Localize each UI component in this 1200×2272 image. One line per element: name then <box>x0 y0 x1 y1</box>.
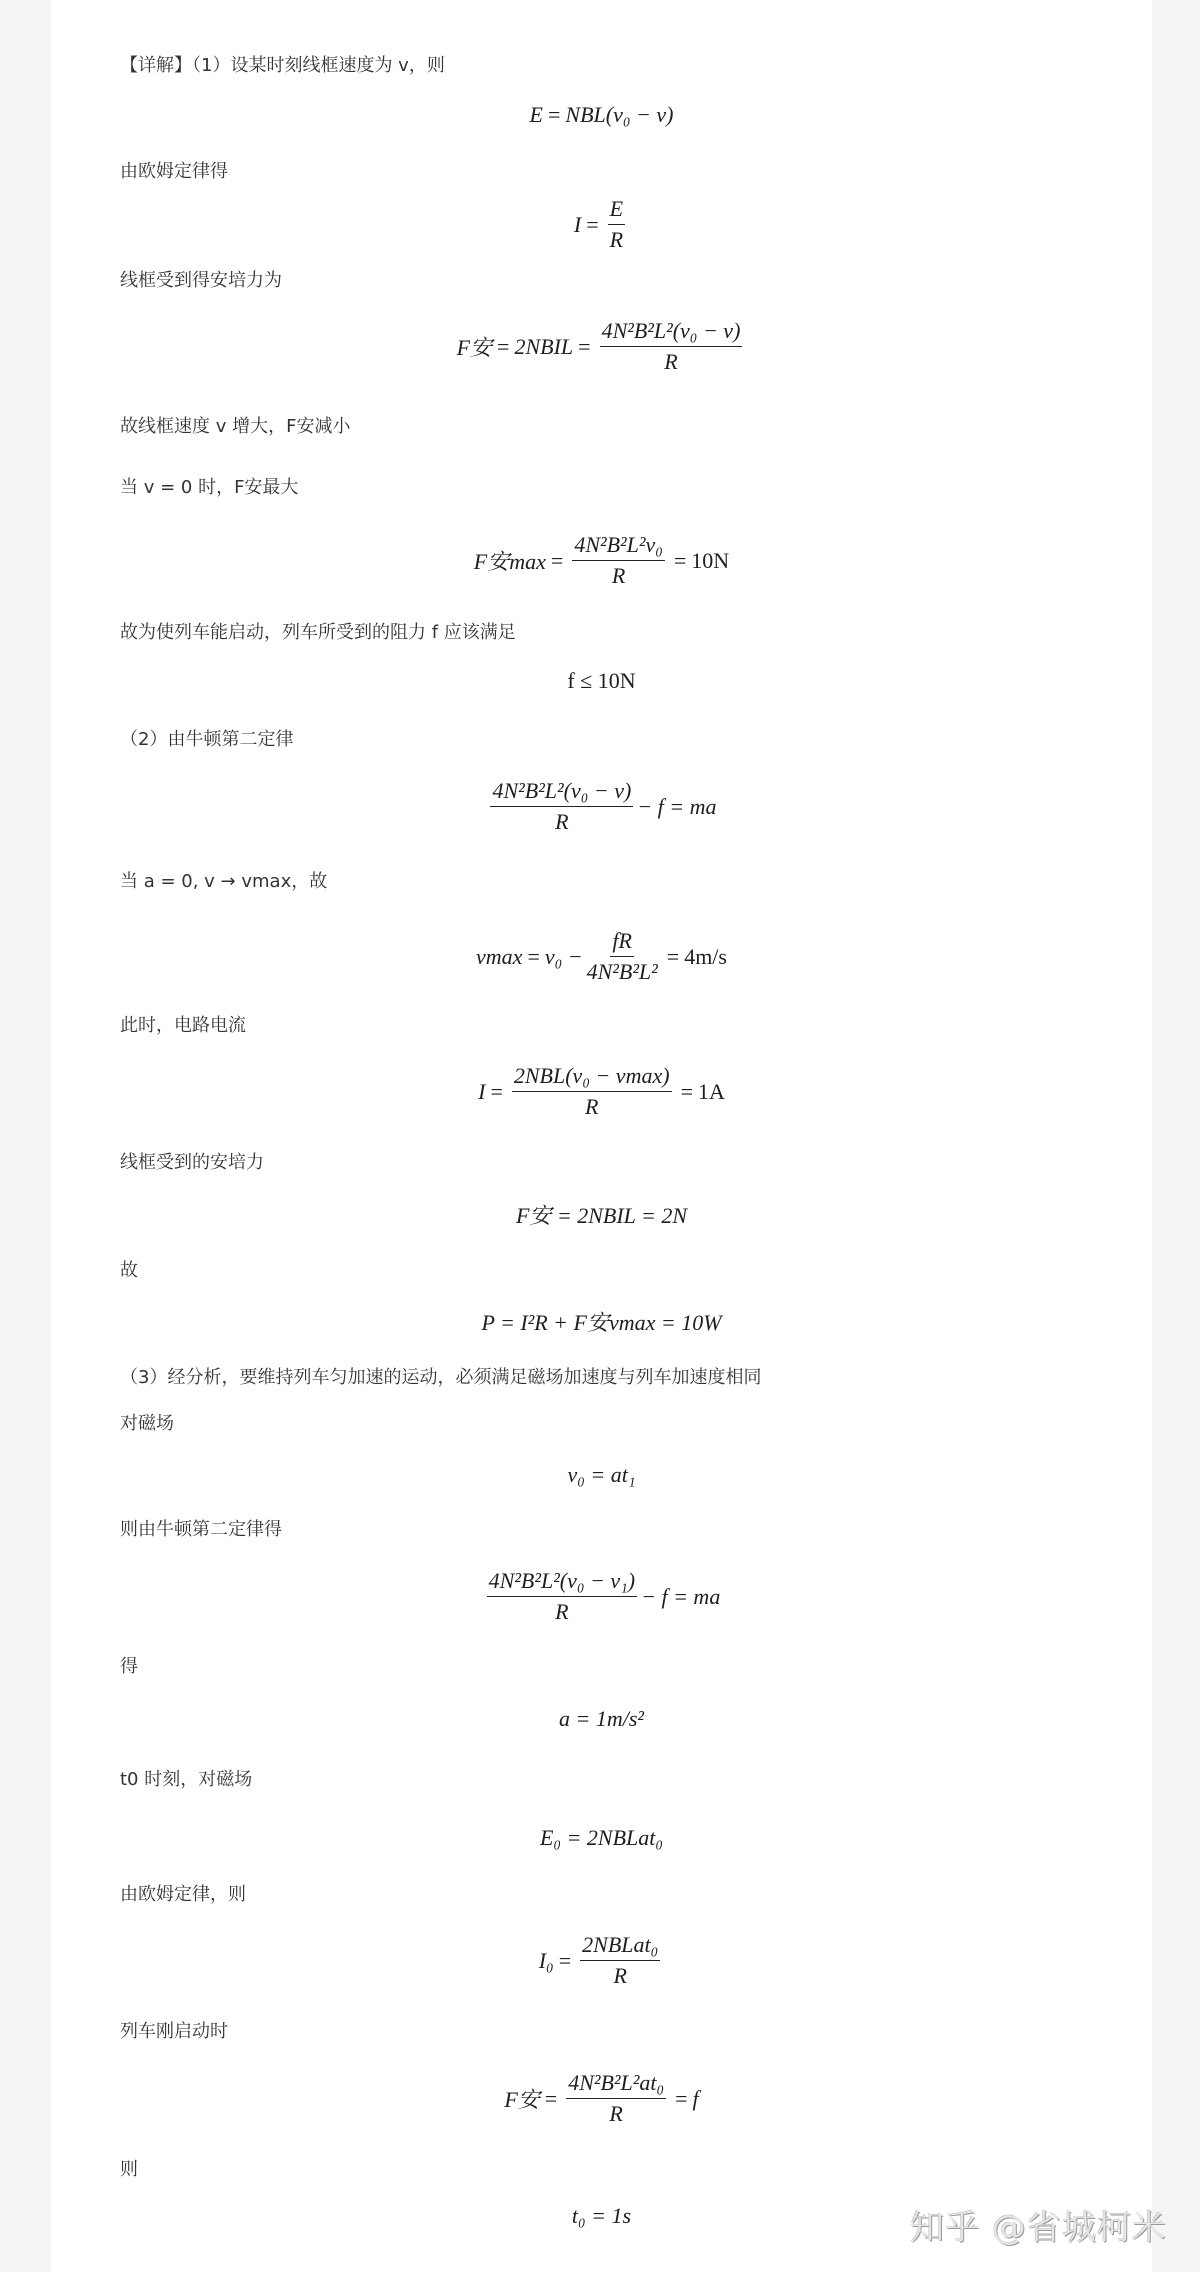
text-line-content: 当 a = 0, v → vmax，故 <box>120 871 327 892</box>
fraction-denominator: R <box>555 1597 568 1625</box>
document-page: 【详解】（1）设某时刻线框速度为 v，则 E = NBL(v₀ − v) 由欧姆… <box>51 0 1152 2272</box>
fraction-numerator: E <box>608 196 625 225</box>
fraction: fR 4N²B²L² <box>587 928 658 985</box>
fraction-denominator: R <box>585 1092 598 1120</box>
equation-ampere-force: F安 = 2NBIL = 4N²B²L²(v₀ − v) R <box>51 318 1152 375</box>
text-line-content: t0 时刻，对磁场 <box>120 1769 252 1790</box>
text-line: 【详解】（1）设某时刻线框速度为 v，则 <box>120 52 445 79</box>
zhihu-watermark: 知乎 @省城柯米 <box>910 2200 1167 2249</box>
fraction: 4N²B²L²at₀ R <box>566 2070 666 2127</box>
eq-mid: 2NBIL <box>514 334 573 360</box>
text-line: 当 v = 0 时，F安最大 <box>120 474 298 501</box>
equation-acceleration: a = 1m/s² <box>51 1706 1152 1732</box>
eq-text: E₀ = 2NBLat₀ <box>540 1825 663 1851</box>
eq-result: 10N <box>691 548 729 574</box>
text-line-content: 【详解】（1）设某时刻线框速度为 v，则 <box>120 55 445 76</box>
eq-lhs: E <box>530 102 543 128</box>
fraction-denominator: R <box>610 225 623 253</box>
equation-newton-2b: 4N²B²L²(v₀ − v₁) R − f = ma <box>51 1568 1152 1625</box>
eq-lhs: vmax <box>476 944 522 970</box>
equation-current: I = 2NBL(v₀ − vmax) R = 1A <box>51 1063 1152 1120</box>
eq-text: v₀ = at₁ <box>567 1462 635 1488</box>
text-line: 此时，电路电流 <box>120 1012 246 1039</box>
text-line: 得 <box>120 1653 138 1680</box>
text-line: 故为使列车能启动，列车所受到的阻力 f 应该满足 <box>120 619 516 646</box>
fraction: 4N²B²L²v₀ R <box>572 532 665 589</box>
text-line: 列车刚启动时 <box>120 2018 228 2045</box>
text-line-content: 列车刚启动时 <box>120 2021 228 2042</box>
text-line: 由欧姆定律，则 <box>120 1881 246 1908</box>
eq-lhs: I <box>478 1079 485 1105</box>
equation-max-force: F安max = 4N²B²L²v₀ R = 10N <box>51 532 1152 589</box>
text-line-content: 由欧姆定律得 <box>120 161 228 182</box>
eq-lhs: I₀ <box>539 1948 554 1974</box>
equation-friction-limit: f ≤ 10N <box>51 668 1152 694</box>
text-line: 线框受到的安培力 <box>120 1149 264 1176</box>
fraction-denominator: R <box>664 347 677 375</box>
fraction-numerator: 4N²B²L²(v₀ − v) <box>600 318 743 347</box>
text-line: 对磁场 <box>120 1410 174 1437</box>
fraction-denominator: R <box>609 2099 622 2127</box>
equation-newton-2: 4N²B²L²(v₀ − v) R − f = ma <box>51 778 1152 835</box>
fraction-numerator: fR <box>610 928 634 957</box>
text-line: 则 <box>120 2156 138 2183</box>
eq-result: f <box>693 2086 699 2112</box>
fraction: E R <box>608 196 625 253</box>
eq-result: 4m/s <box>684 944 727 970</box>
fraction: 4N²B²L²(v₀ − v) R <box>490 778 633 835</box>
text-line: 当 a = 0, v → vmax，故 <box>120 868 327 895</box>
fraction-numerator: 4N²B²L²v₀ <box>572 532 665 561</box>
text-line-content: 此时，电路电流 <box>120 1015 246 1036</box>
text-line-content: 则 <box>120 2159 138 2180</box>
text-line-content: 线框受到的安培力 <box>120 1152 264 1173</box>
eq-rest: − f = ma <box>637 794 716 820</box>
eq-lhs: F安max <box>474 545 546 576</box>
text-line-content: （2）由牛顿第二定律 <box>120 729 293 750</box>
fraction-numerator: 2NBL(v₀ − vmax) <box>512 1063 672 1092</box>
text-line-content: 则由牛顿第二定律得 <box>120 1519 282 1540</box>
text-line: （3）经分析，要维持列车匀加速的运动，必须满足磁场加速度与列车加速度相同 <box>120 1364 761 1391</box>
text-line-content: 故为使列车能启动，列车所受到的阻力 f 应该满足 <box>120 622 516 643</box>
text-line-content: 故线框速度 v 增大，F安减小 <box>120 416 350 437</box>
text-line: 则由牛顿第二定律得 <box>120 1516 282 1543</box>
text-line: t0 时刻，对磁场 <box>120 1766 252 1793</box>
text-line-content: 对磁场 <box>120 1413 174 1434</box>
eq-lhs: F安 <box>457 331 492 362</box>
text-line-content: 得 <box>120 1656 138 1677</box>
equation-emf-t0: E₀ = 2NBLat₀ <box>51 1825 1152 1851</box>
fraction: 4N²B²L²(v₀ − v) R <box>600 318 743 375</box>
text-line-content: 由欧姆定律，则 <box>120 1884 246 1905</box>
eq-result: 1A <box>698 1079 725 1105</box>
fraction: 2NBLat₀ R <box>580 1932 660 1989</box>
equation-vmax: vmax = v₀ − fR 4N²B²L² = 4m/s <box>51 928 1152 985</box>
equation-ampere-value: F安 = 2NBIL = 2N <box>51 1199 1152 1230</box>
fraction-denominator: 4N²B²L² <box>587 957 658 985</box>
fraction-numerator: 2NBLat₀ <box>580 1932 660 1961</box>
text-line-content: 故 <box>120 1260 138 1281</box>
eq-rhs: NBL(v₀ − v) <box>565 102 673 128</box>
fraction: 4N²B²L²(v₀ − v₁) R <box>487 1568 637 1625</box>
text-line: （2）由牛顿第二定律 <box>120 726 293 753</box>
eq-text: P = I²R + F安vmax = 10W <box>481 1306 721 1337</box>
fraction-numerator: 4N²B²L²at₀ <box>566 2070 666 2099</box>
eq-text: F安 = 2NBIL = 2N <box>516 1199 687 1230</box>
fraction: 2NBL(v₀ − vmax) R <box>512 1063 672 1120</box>
eq-text: a = 1m/s² <box>559 1706 644 1732</box>
equation-power: P = I²R + F安vmax = 10W <box>51 1306 1152 1337</box>
text-line-content: （3）经分析，要维持列车匀加速的运动，必须满足磁场加速度与列车加速度相同 <box>120 1367 761 1388</box>
text-line: 故 <box>120 1257 138 1284</box>
fraction-numerator: 4N²B²L²(v₀ − v) <box>490 778 633 807</box>
fraction-denominator: R <box>613 1961 626 1989</box>
text-line-content: 当 v = 0 时，F安最大 <box>120 477 298 498</box>
equation-current-t0: I₀ = 2NBLat₀ R <box>51 1932 1152 1989</box>
equation-ohm: I = E R <box>51 196 1152 253</box>
equation-start-force: F安 = 4N²B²L²at₀ R = f <box>51 2070 1152 2127</box>
eq-lhs: I <box>574 212 581 238</box>
fraction-denominator: R <box>555 807 568 835</box>
equation-field-velocity: v₀ = at₁ <box>51 1462 1152 1488</box>
text-line-content: 线框受到得安培力为 <box>120 270 282 291</box>
eq-rest: − f = ma <box>641 1584 720 1610</box>
fraction-numerator: 4N²B²L²(v₀ − v₁) <box>487 1568 637 1597</box>
fraction-denominator: R <box>612 561 625 589</box>
eq-text: t₀ = 1s <box>572 2203 631 2229</box>
text-line: 故线框速度 v 增大，F安减小 <box>120 413 350 440</box>
eq-text: f ≤ 10N <box>567 668 635 694</box>
eq-lhs: F安 <box>504 2083 539 2114</box>
text-line: 线框受到得安培力为 <box>120 267 282 294</box>
text-line: 由欧姆定律得 <box>120 158 228 185</box>
equation-emf: E = NBL(v₀ − v) <box>51 102 1152 128</box>
eq-mid: v₀ − <box>545 944 583 970</box>
